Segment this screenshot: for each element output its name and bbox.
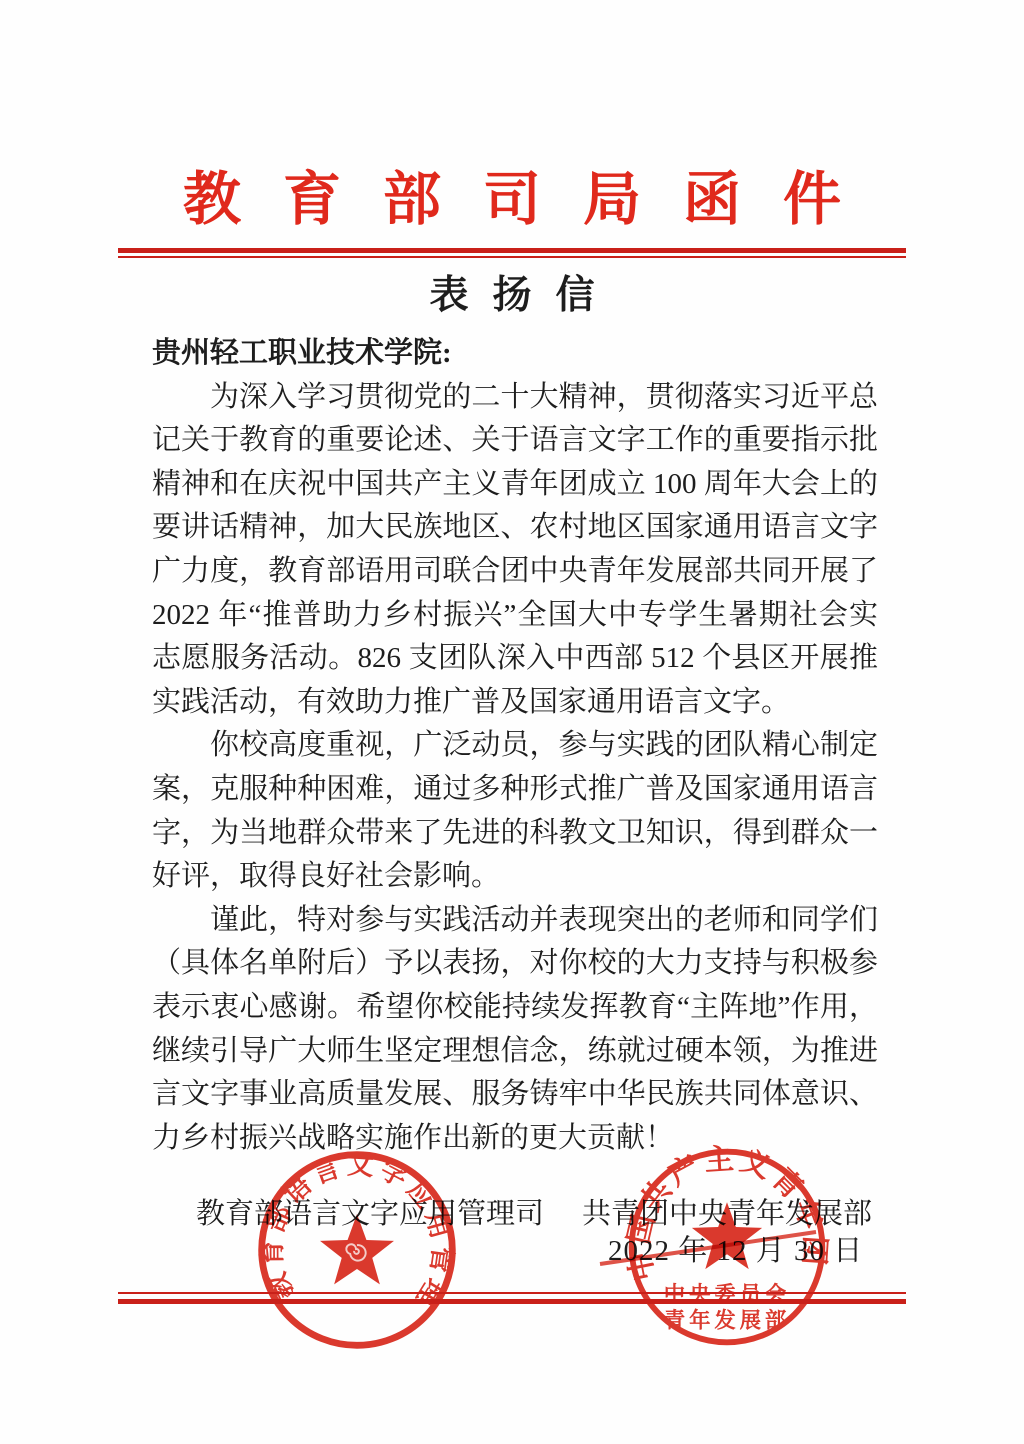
body-line: 志愿服务活动。826 支团队深入中西部 512 个县区开展推普 (152, 637, 878, 681)
letter-page: 教育部司局函件 表扬信 贵州轻工职业技术学院: 为深入学习贯彻党的二十大精神，贯… (0, 0, 1024, 1444)
top-rule-thin (118, 256, 906, 258)
seal-left: 教育部语言文字应用管理司 (250, 1143, 464, 1357)
body-line: 要讲话精神，加大民族地区、农村地区国家通用语言文字推 (152, 506, 878, 550)
salutation: 贵州轻工职业技术学院: (152, 332, 878, 376)
letter-body: 贵州轻工职业技术学院: 为深入学习贯彻党的二十大精神，贯彻落实习近平总书 记关于… (152, 332, 878, 1160)
seal-department-line: 青年发展部 (664, 1308, 790, 1333)
top-rule-thick (118, 248, 906, 253)
body-line: 言文字事业高质量发展、服务铸牢中华民族共同体意识、助 (152, 1073, 878, 1117)
bottom-rule-thin (118, 1292, 906, 1294)
seal-strike-line (588, 1224, 838, 1274)
body-line: 广力度，教育部语用司联合团中央青年发展部共同开展了 (152, 550, 878, 594)
body-line: 谨此，特对参与实践活动并表现突出的老师和同学们 (152, 899, 878, 943)
body-line: （具体名单附后）予以表扬，对你校的大力支持与积极参与 (152, 942, 878, 986)
body-line: 记关于教育的重要论述、关于语言文字工作的重要指示批示 (152, 419, 878, 463)
body-line: 你校高度重视，广泛动员，参与实践的团队精心制定方 (152, 724, 878, 768)
body-line: 字，为当地群众带来了先进的科教文卫知识，得到群众一致 (152, 812, 878, 856)
seal-ring-text: 教育部语言文字应用管理司 (234, 1120, 458, 1315)
svg-text:教育部语言文字应用管理司: 教育部语言文字应用管理司 (234, 1120, 458, 1315)
letterhead-title: 教育部司局函件 (0, 152, 1024, 236)
body-line: 表示衷心感谢。希望你校能持续发挥教育“主阵地”作用， (152, 986, 878, 1030)
body-line: 继续引导广大师生坚定理想信念，练就过硬本领，为推进语 (152, 1030, 878, 1074)
body-line: 2022 年“推普助力乡村振兴”全国大中专学生暑期社会实践 (152, 594, 878, 638)
body-line: 案，克服种种困难，通过多种形式推广普及国家通用语言文 (152, 768, 878, 812)
bottom-rule-thick (118, 1299, 906, 1304)
body-line: 实践活动，有效助力推广普及国家通用语言文字。 (152, 681, 878, 725)
doc-title: 表扬信 (0, 264, 1024, 320)
body-line: 为深入学习贯彻党的二十大精神，贯彻落实习近平总书 (152, 376, 878, 420)
body-line: 精神和在庆祝中国共产主义青年团成立 100 周年大会上的重 (152, 463, 878, 507)
body-line: 好评，取得良好社会影响。 (152, 855, 878, 899)
